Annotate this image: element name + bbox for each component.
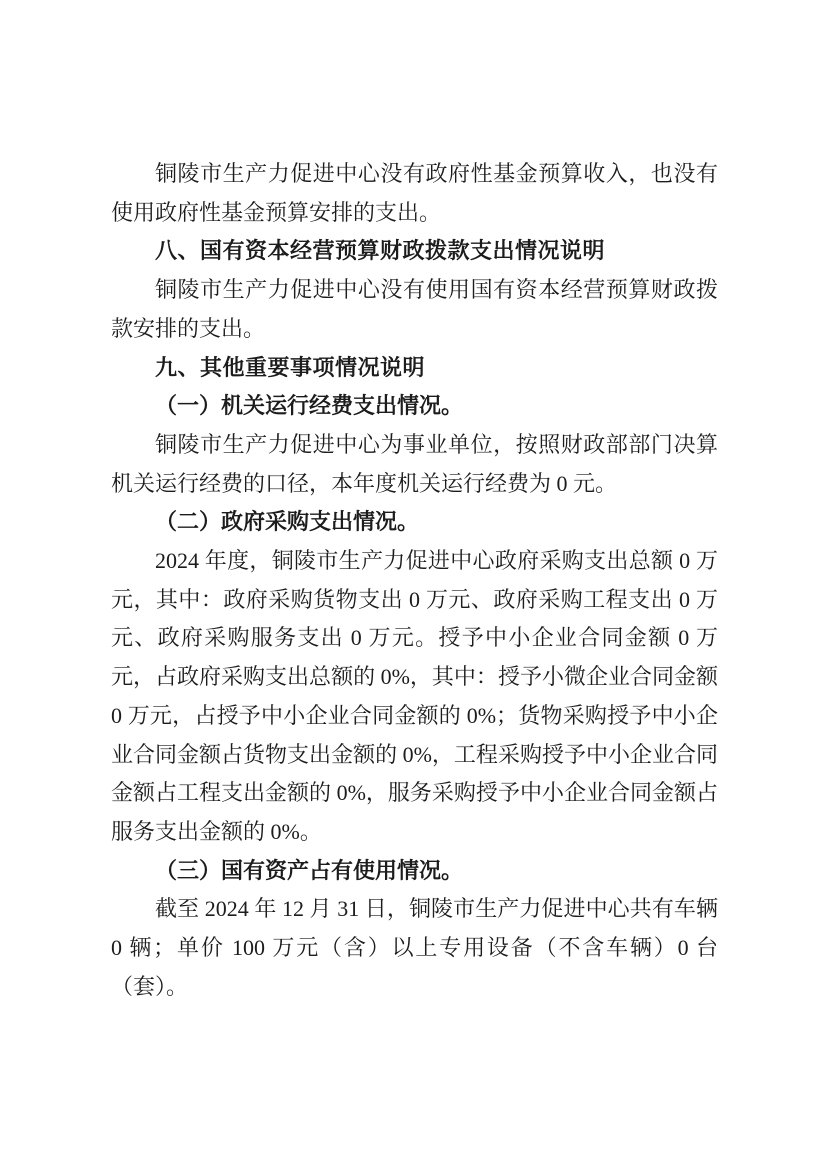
paragraph-state-assets: 截至 2024 年 12 月 31 日，铜陵市生产力促进中心共有车辆 0 辆；单… xyxy=(111,890,718,1006)
paragraph-state-capital-budget: 铜陵市生产力促进中心没有使用国有资本经营预算财政拨款安排的支出。 xyxy=(111,271,718,348)
section-heading-9: 九、其他重要事项情况说明 xyxy=(111,349,718,388)
section-heading-8: 八、国有资本经营预算财政拨款支出情况说明 xyxy=(111,232,718,271)
subsection-heading-9-3: （三）国有资产占有使用情况。 xyxy=(111,852,718,891)
document-body: 铜陵市生产力促进中心没有政府性基金预算收入，也没有使用政府性基金预算安排的支出。… xyxy=(111,155,718,1006)
paragraph-government-fund-budget: 铜陵市生产力促进中心没有政府性基金预算收入，也没有使用政府性基金预算安排的支出。 xyxy=(111,155,718,232)
paragraph-government-procurement: 2024 年度，铜陵市生产力促进中心政府采购支出总额 0 万元，其中：政府采购货… xyxy=(111,542,718,852)
document-page: 铜陵市生产力促进中心没有政府性基金预算收入，也没有使用政府性基金预算安排的支出。… xyxy=(0,0,826,1169)
subsection-heading-9-2: （二）政府采购支出情况。 xyxy=(111,503,718,542)
paragraph-operating-expenses: 铜陵市生产力促进中心为事业单位，按照财政部部门决算机关运行经费的口径，本年度机关… xyxy=(111,426,718,503)
subsection-heading-9-1: （一）机关运行经费支出情况。 xyxy=(111,387,718,426)
